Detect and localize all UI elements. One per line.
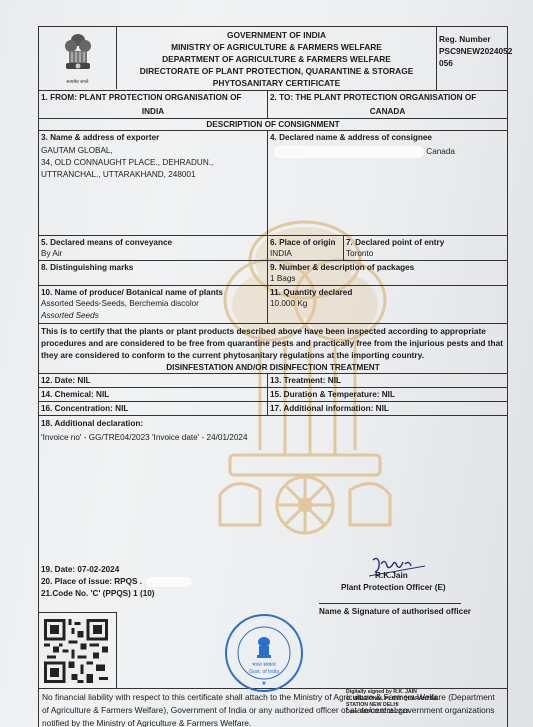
conveyance-label: 5. Declared means of conveyance bbox=[41, 237, 265, 248]
marks-packages-row: 8. Distinguishing marks 9. Number & desc… bbox=[39, 261, 507, 286]
conveyance-cell: 5. Declared means of conveyance By Air bbox=[39, 236, 268, 260]
marks-value bbox=[41, 273, 265, 284]
consignee-cell: 4. Declared name & address of consignee … bbox=[268, 131, 507, 235]
produce-cell: 10. Name of produce/ Botanical name of p… bbox=[39, 286, 268, 323]
produce-label: 10. Name of produce/ Botanical name of p… bbox=[41, 287, 265, 298]
treatment-row-1: 12. Date: NIL 13. Treatment: NIL bbox=[39, 374, 507, 388]
certification-statement: This is to certify that the plants or pl… bbox=[39, 324, 507, 362]
header-line-department: DEPARTMENT OF AGRICULTURE & FARMERS WELF… bbox=[119, 53, 434, 65]
qr-code-frame bbox=[39, 612, 117, 688]
stamp-star-icon: ★ bbox=[261, 680, 266, 687]
reg-number-value-1: PSC9NEW2024052 bbox=[439, 45, 505, 57]
additional-declaration-label: 18. Additional declaration: bbox=[39, 416, 507, 431]
treatment-row-2: 14. Chemical: NIL 15. Duration & Tempera… bbox=[39, 388, 507, 402]
consignee-address: Canada bbox=[270, 146, 505, 158]
declaration-signature-row: 18. Additional declaration: 'Invoice no'… bbox=[39, 416, 507, 689]
to-label: 2. TO: THE PLANT PROTECTION ORGANISATION… bbox=[270, 92, 505, 103]
conveyance-value: By Air bbox=[41, 248, 265, 259]
to-value: CANADA bbox=[270, 103, 505, 117]
issue-details: 19. Date: 07-02-2024 20. Place of issue:… bbox=[41, 564, 192, 600]
description-heading: DESCRIPTION OF CONSIGNMENT bbox=[39, 119, 507, 131]
origin-cell: 6. Place of origin INDIA bbox=[268, 236, 344, 260]
certificate-title: PHYTOSANITARY CERTIFICATE bbox=[119, 77, 434, 89]
certificate-table: सत्यमेव जयते GOVERNMENT OF INDIA MINISTR… bbox=[38, 26, 508, 727]
stamp-hindi-bottom: भारत सरकार bbox=[252, 662, 277, 668]
reg-number-label: Reg. Number bbox=[439, 33, 505, 45]
consignee-label: 4. Declared name & address of consignee bbox=[270, 132, 505, 143]
entry-value: Toronto bbox=[346, 248, 505, 259]
packages-label: 9. Number & description of packages bbox=[270, 262, 505, 273]
issue-place: 20. Place of issue: RPQS . bbox=[41, 576, 192, 588]
treatment-chemical: 14. Chemical: NIL bbox=[39, 388, 268, 401]
signature-line bbox=[319, 603, 461, 604]
exporter-name: GAUTAM GLOBAL, bbox=[41, 145, 265, 157]
registration-number-block: Reg. Number PSC9NEW2024052 056 bbox=[437, 27, 507, 90]
digital-signature-line-2: O: I/REGIONAL PLANT QUARANTINE bbox=[346, 696, 438, 703]
treatment-date: 12. Date: NIL bbox=[39, 374, 268, 387]
marks-cell: 8. Distinguishing marks bbox=[39, 261, 268, 285]
packages-cell: 9. Number & description of packages 1 Ba… bbox=[268, 261, 507, 285]
officer-name: R.K.Jain bbox=[375, 570, 408, 581]
produce-value-italic: Assorted Seeds bbox=[41, 310, 265, 322]
issue-date: 19. Date: 07-02-2024 bbox=[41, 564, 192, 576]
header-line-government: GOVERNMENT OF INDIA bbox=[119, 29, 434, 41]
exporter-consignee-row: 3. Name & address of exporter GAUTAM GLO… bbox=[39, 131, 507, 236]
digital-signature-line-3: STATION NEW DELHI bbox=[346, 702, 438, 709]
digital-signature-block: Digitally signed by R.K. JAIN O: I/REGIO… bbox=[346, 689, 438, 715]
exporter-address-1: 34, OLD CONNAUGHT PLACE., DEHRADUN., bbox=[41, 157, 265, 169]
signature-caption: Name & Signature of authorised officer bbox=[319, 606, 471, 617]
from-cell: 1. FROM: PLANT PROTECTION ORGANISATION O… bbox=[39, 91, 268, 118]
exporter-label: 3. Name & address of exporter bbox=[41, 132, 265, 143]
produce-value: Assorted Seeds-Seeds, Berchemia discolor bbox=[41, 298, 265, 310]
treatment-heading: DISINFESTATION AND/OR DISINFECTION TREAT… bbox=[39, 362, 507, 373]
treatment-concentration: 16. Concentration: NIL bbox=[39, 402, 268, 415]
issue-place-text: 20. Place of issue: RPQS . bbox=[41, 577, 142, 586]
marks-label: 8. Distinguishing marks bbox=[41, 262, 265, 273]
official-stamp: भारत सरकार Govt. of India ★ bbox=[223, 612, 305, 694]
digital-signature-line-1: Digitally signed by R.K. JAIN bbox=[346, 689, 438, 696]
entry-cell: 7. Declared point of entry Toronto bbox=[344, 236, 507, 260]
origin-label: 6. Place of origin bbox=[270, 237, 341, 248]
quantity-cell: 11. Quantity declared 10.000 Kg bbox=[268, 286, 507, 323]
header-line-directorate: DIRECTORATE OF PLANT PROTECTION, QUARANT… bbox=[119, 65, 434, 77]
issue-code: 21.Code No. 'C' (PPQS) 1 (10) bbox=[41, 588, 192, 600]
phytosanitary-certificate-page: सत्यमेव जयते GOVERNMENT OF INDIA MINISTR… bbox=[0, 0, 533, 727]
consignee-country: Canada bbox=[426, 147, 455, 156]
redacted-place bbox=[146, 577, 192, 587]
treatment-duration: 15. Duration & Temperature: NIL bbox=[268, 388, 507, 401]
produce-quantity-row: 10. Name of produce/ Botanical name of p… bbox=[39, 286, 507, 324]
qr-code-icon[interactable] bbox=[44, 619, 108, 683]
treatment-additional-info: 17. Additional information: NIL bbox=[268, 402, 507, 415]
certificate-header: सत्यमेव जयते GOVERNMENT OF INDIA MINISTR… bbox=[39, 27, 507, 91]
treatment-row-3: 16. Concentration: NIL 17. Additional in… bbox=[39, 402, 507, 416]
emblem-caption: सत्यमेव जयते bbox=[63, 79, 93, 84]
from-value: INDIA bbox=[41, 103, 265, 117]
exporter-cell: 3. Name & address of exporter GAUTAM GLO… bbox=[39, 131, 268, 235]
national-emblem-icon bbox=[63, 32, 93, 76]
from-label: 1. FROM: PLANT PROTECTION ORGANISATION O… bbox=[41, 92, 265, 103]
stamp-english-bottom: Govt. of India bbox=[249, 669, 279, 675]
additional-declaration-value: 'Invoice no' - GG/TRE04/2023 'Invoice da… bbox=[39, 431, 507, 444]
conveyance-origin-entry-row: 5. Declared means of conveyance By Air 6… bbox=[39, 236, 507, 261]
origin-value: INDIA bbox=[270, 248, 341, 259]
treatment-type: 13. Treatment: NIL bbox=[268, 374, 507, 387]
certification-statement-row: This is to certify that the plants or pl… bbox=[39, 324, 507, 374]
exporter-address-2: UTTRANCHAL., UTTARAKHAND, 248001 bbox=[41, 169, 265, 181]
redacted-consignee-name bbox=[274, 146, 424, 158]
to-cell: 2. TO: THE PLANT PROTECTION ORGANISATION… bbox=[268, 91, 507, 118]
reg-number-value-2: 056 bbox=[439, 57, 505, 69]
entry-label: 7. Declared point of entry bbox=[346, 237, 505, 248]
emblem-cell: सत्यमेव जयते bbox=[39, 27, 117, 89]
packages-value: 1 Bags bbox=[270, 273, 505, 284]
from-to-row: 1. FROM: PLANT PROTECTION ORGANISATION O… bbox=[39, 91, 507, 119]
digital-signature-line-4: Date: 2024.02.07 15:22:23 bbox=[346, 709, 438, 716]
quantity-value: 10.000 Kg bbox=[270, 298, 505, 310]
header-line-ministry: MINISTRY OF AGRICULTURE & FARMERS WELFAR… bbox=[119, 41, 434, 53]
quantity-label: 11. Quantity declared bbox=[270, 287, 505, 298]
header-title-block: GOVERNMENT OF INDIA MINISTRY OF AGRICULT… bbox=[117, 27, 437, 90]
officer-title: Plant Protection Officer (E) bbox=[341, 582, 446, 593]
